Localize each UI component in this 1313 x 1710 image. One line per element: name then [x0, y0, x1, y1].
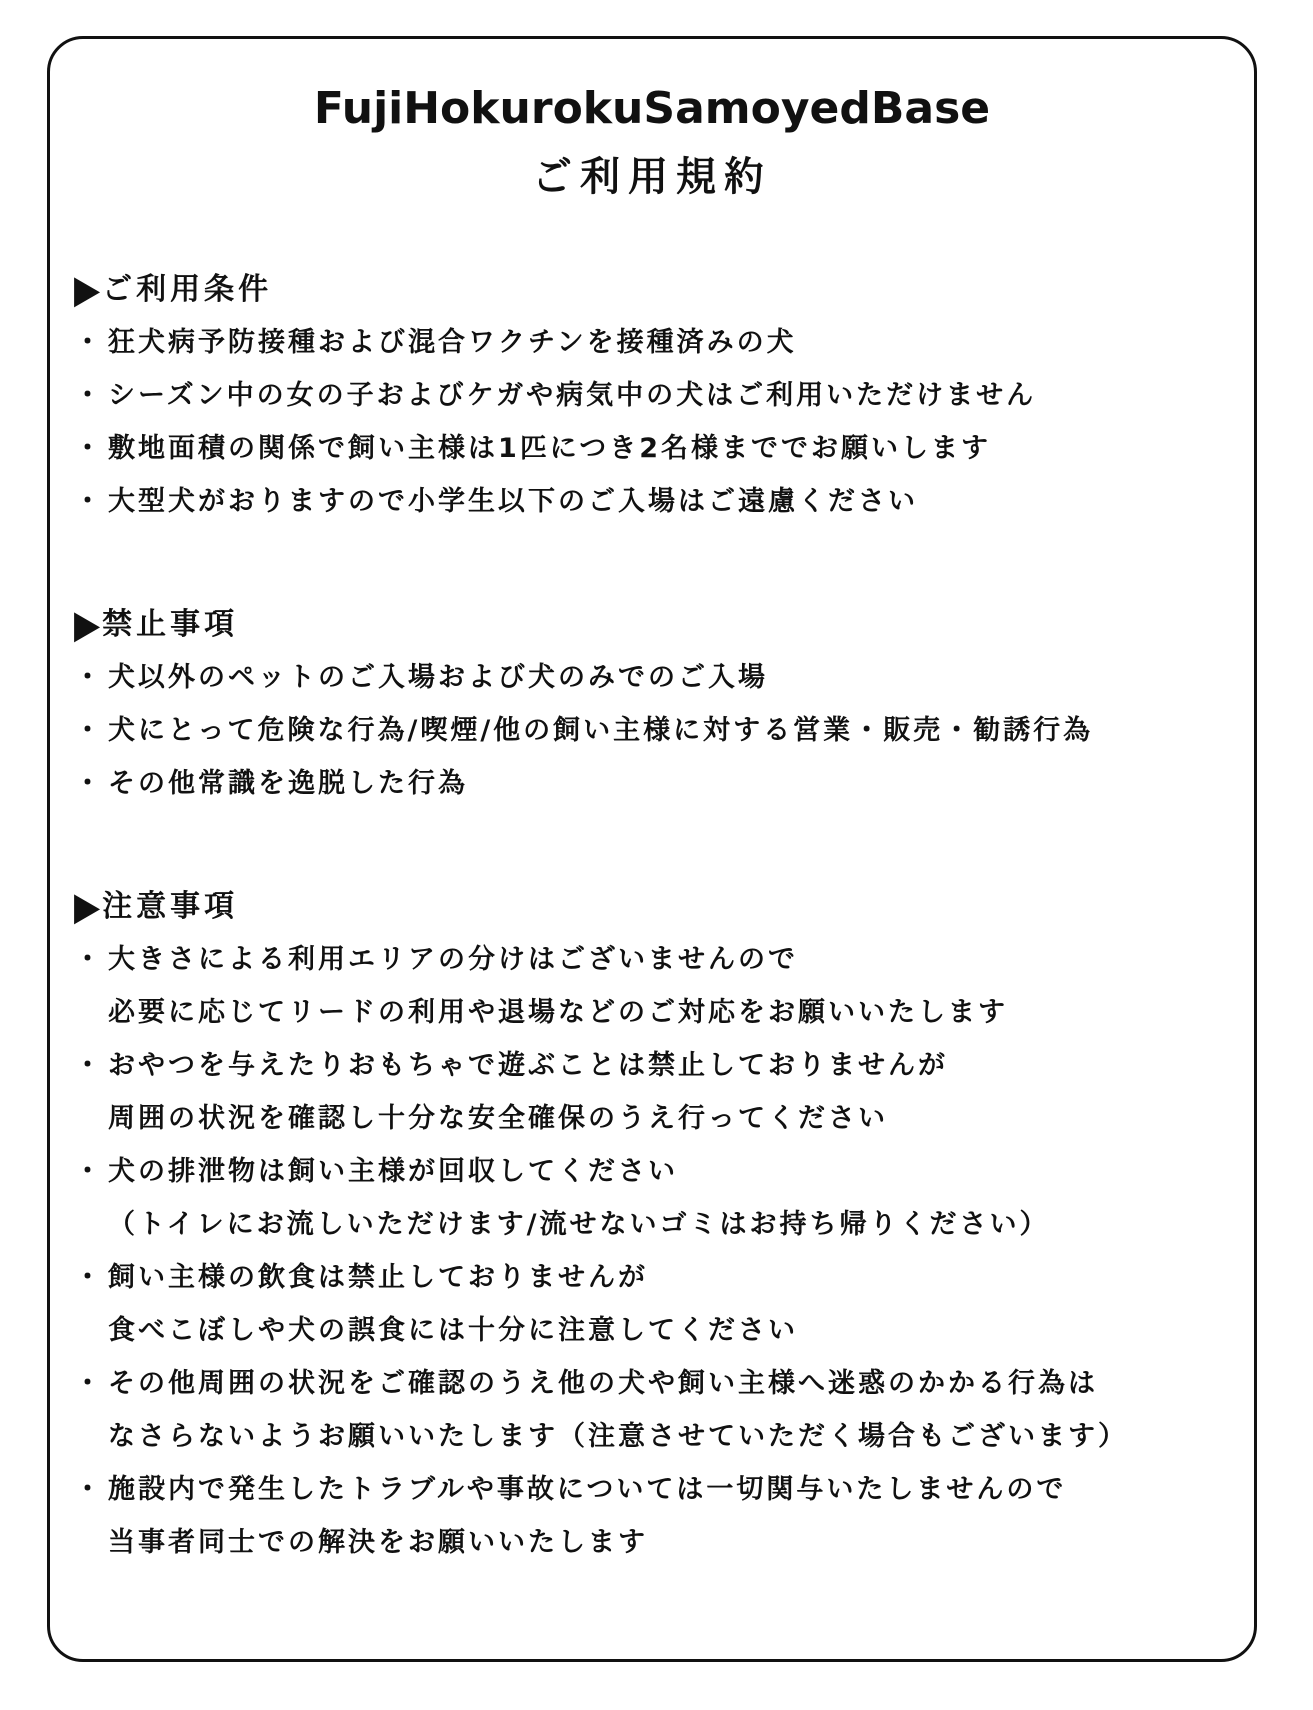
item-line: ・シーズン中の女の子およびケガや病気中の犬はご利用いただけません	[74, 369, 1230, 422]
triangle-marker-icon: ▶	[74, 605, 100, 644]
item-line: ・犬以外のペットのご入場および犬のみでのご入場	[74, 651, 1230, 704]
bullet-icon: ・	[74, 717, 108, 744]
section-items: ・犬以外のペットのご入場および犬のみでのご入場・犬にとって危険な行為/喫煙/他の…	[74, 651, 1230, 810]
item-line: ・おやつを与えたりおもちゃで遊ぶことは禁止しておりませんが	[74, 1039, 1230, 1092]
bullet-icon: ・	[74, 946, 108, 973]
bullet-icon: ・	[74, 664, 108, 691]
item-text: 狂犬病予防接種および混合ワクチンを接種済みの犬	[108, 327, 797, 358]
section: ▶ ご利用条件 ・狂犬病予防接種および混合ワクチンを接種済みの犬・シーズン中の女…	[74, 263, 1230, 528]
section: ▶ 禁止事項 ・犬以外のペットのご入場および犬のみでのご入場・犬にとって危険な行…	[74, 598, 1230, 810]
item-text: おやつを与えたりおもちゃで遊ぶことは禁止しておりませんが	[108, 1050, 948, 1081]
section-heading: ▶ 禁止事項	[74, 598, 1230, 651]
item-continuation-line: （トイレにお流しいただけます/流せないゴミはお持ち帰りください）	[74, 1198, 1230, 1251]
item-text: シーズン中の女の子およびケガや病気中の犬はご利用いただけません	[108, 380, 1036, 411]
triangle-marker-icon: ▶	[74, 887, 100, 926]
item-continuation-line: 必要に応じてリードの利用や退場などのご対応をお願いいたします	[74, 986, 1230, 1039]
terms-document: FujiHokurokuSamoyedBase ご利用規約 ▶ ご利用条件 ・狂…	[0, 0, 1313, 1710]
item-text: なさらないようお願いいたします（注意させていただく場合もございます）	[108, 1421, 1128, 1452]
section-heading-label: 禁止事項	[102, 610, 238, 640]
item-text: 必要に応じてリードの利用や退場などのご対応をお願いいたします	[108, 997, 1008, 1028]
item-continuation-line: なさらないようお願いいたします（注意させていただく場合もございます）	[74, 1410, 1230, 1463]
item-text: （トイレにお流しいただけます/流せないゴミはお持ち帰りください）	[108, 1209, 1050, 1240]
item-text: 飼い主様の飲食は禁止しておりませんが	[108, 1262, 648, 1293]
item-line: ・その他常識を逸脱した行為	[74, 757, 1230, 810]
item-text: 周囲の状況を確認し十分な安全確保のうえ行ってください	[108, 1103, 888, 1134]
item-line: ・飼い主様の飲食は禁止しておりませんが	[74, 1251, 1230, 1304]
triangle-marker-icon: ▶	[74, 270, 100, 309]
bullet-icon: ・	[74, 382, 108, 409]
section-items: ・狂犬病予防接種および混合ワクチンを接種済みの犬・シーズン中の女の子およびケガや…	[74, 316, 1230, 528]
section-heading-label: 注意事項	[102, 892, 238, 922]
section-items: ・大きさによる利用エリアの分けはございませんので必要に応じてリードの利用や退場な…	[74, 933, 1230, 1569]
item-line: ・大きさによる利用エリアの分けはございませんので	[74, 933, 1230, 986]
item-continuation-line: 当事者同士での解決をお願いいたします	[74, 1516, 1230, 1569]
section: ▶ 注意事項 ・大きさによる利用エリアの分けはございませんので必要に応じてリード…	[74, 880, 1230, 1569]
page-subtitle: ご利用規約	[74, 157, 1230, 197]
bullet-icon: ・	[74, 329, 108, 356]
section-heading-label: ご利用条件	[102, 275, 272, 305]
item-line: ・その他周囲の状況をご確認のうえ他の犬や飼い主様へ迷惑のかかる行為は	[74, 1357, 1230, 1410]
section-heading: ▶ 注意事項	[74, 880, 1230, 933]
item-line: ・犬にとって危険な行為/喫煙/他の飼い主様に対する営業・販売・勧誘行為	[74, 704, 1230, 757]
bullet-icon: ・	[74, 1158, 108, 1185]
item-text: 大きさによる利用エリアの分けはございませんので	[108, 944, 798, 975]
item-line: ・施設内で発生したトラブルや事故については一切関与いたしませんので	[74, 1463, 1230, 1516]
sections-container: ▶ ご利用条件 ・狂犬病予防接種および混合ワクチンを接種済みの犬・シーズン中の女…	[74, 263, 1230, 1569]
item-line: ・大型犬がおりますので小学生以下のご入場はご遠慮ください	[74, 475, 1230, 528]
section-heading: ▶ ご利用条件	[74, 263, 1230, 316]
item-line: ・狂犬病予防接種および混合ワクチンを接種済みの犬	[74, 316, 1230, 369]
item-text: 施設内で発生したトラブルや事故については一切関与いたしませんので	[108, 1474, 1066, 1505]
item-text: その他周囲の状況をご確認のうえ他の犬や飼い主様へ迷惑のかかる行為は	[108, 1368, 1098, 1399]
item-line: ・敷地面積の関係で飼い主様は1匹につき2名様まででお願いします	[74, 422, 1230, 475]
item-continuation-line: 食べこぼしや犬の誤食には十分に注意してください	[74, 1304, 1230, 1357]
bullet-icon: ・	[74, 488, 108, 515]
item-text: 犬の排泄物は飼い主様が回収してください	[108, 1156, 678, 1187]
item-text: 敷地面積の関係で飼い主様は1匹につき2名様まででお願いします	[108, 433, 991, 464]
bullet-icon: ・	[74, 1052, 108, 1079]
item-text: 当事者同士での解決をお願いいたします	[108, 1527, 648, 1558]
bullet-icon: ・	[74, 1264, 108, 1291]
item-text: 大型犬がおりますので小学生以下のご入場はご遠慮ください	[108, 486, 918, 517]
bullet-icon: ・	[74, 770, 108, 797]
item-text: その他常識を逸脱した行為	[108, 768, 468, 799]
item-text: 食べこぼしや犬の誤食には十分に注意してください	[108, 1315, 798, 1346]
item-text: 犬以外のペットのご入場および犬のみでのご入場	[108, 662, 768, 693]
item-text: 犬にとって危険な行為/喫煙/他の飼い主様に対する営業・販売・勧誘行為	[108, 715, 1093, 746]
bullet-icon: ・	[74, 1476, 108, 1503]
page-title: FujiHokurokuSamoyedBase	[74, 87, 1230, 131]
bullet-icon: ・	[74, 435, 108, 462]
document-border-frame: FujiHokurokuSamoyedBase ご利用規約 ▶ ご利用条件 ・狂…	[47, 36, 1257, 1662]
document-content: FujiHokurokuSamoyedBase ご利用規約 ▶ ご利用条件 ・狂…	[50, 87, 1254, 1569]
item-continuation-line: 周囲の状況を確認し十分な安全確保のうえ行ってください	[74, 1092, 1230, 1145]
bullet-icon: ・	[74, 1370, 108, 1397]
item-line: ・犬の排泄物は飼い主様が回収してください	[74, 1145, 1230, 1198]
